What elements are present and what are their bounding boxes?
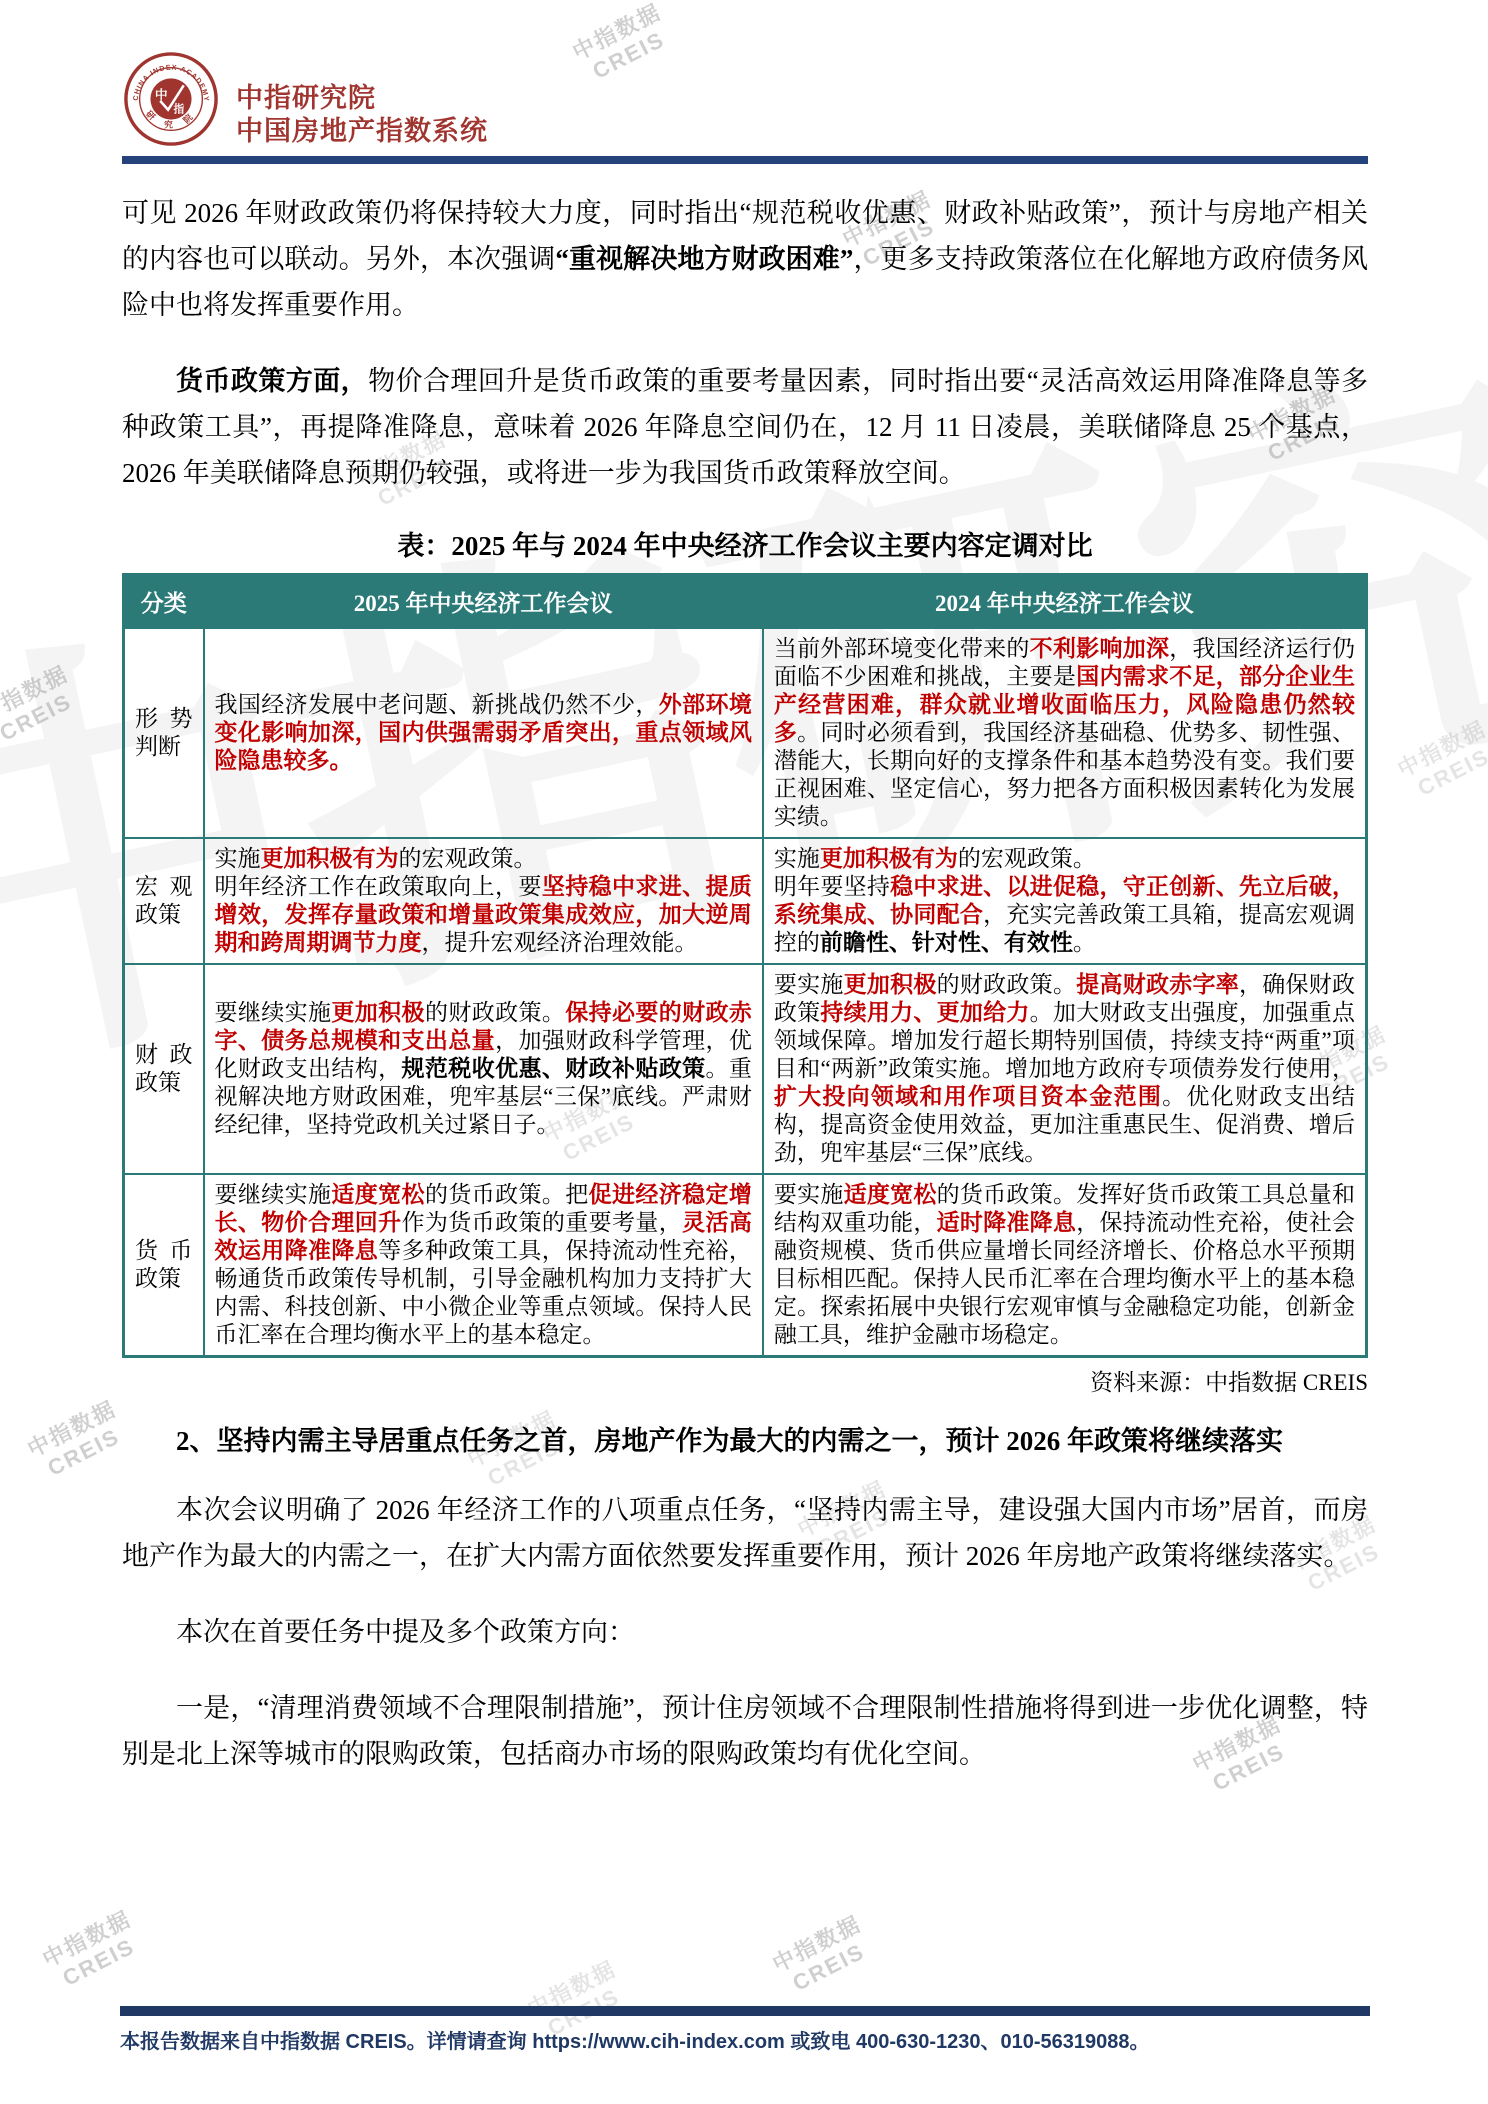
report-page: 中指研究院 中指数据 CREIS 中指数据 CREIS 中指数据 CREIS 中…: [0, 0, 1488, 2104]
system-name: 中国房地产指数系统: [236, 115, 488, 148]
org-name: 中指研究院: [236, 82, 488, 115]
header-cell-2024: 2024 年中央经济工作会议: [763, 575, 1367, 629]
cell-2024: 当前外部环境变化带来的不利影响加深，我国经济运行仍面临不少困难和挑战，主要是国内…: [763, 628, 1367, 838]
svg-text:中: 中: [155, 87, 168, 102]
cell-2025: 要继续实施适度宽松的货币政策。把促进经济稳定增长、物价合理回升作为货币政策的重要…: [204, 1174, 763, 1357]
footer-text: 本报告数据来自中指数据 CREIS。详情请查询 https://www.cih-…: [120, 2025, 1370, 2054]
section-2-paragraph-2: 本次在首要任务中提及多个政策方向：: [122, 1609, 1368, 1655]
header-titles: 中指研究院 中国房地产指数系统: [236, 82, 488, 148]
category-cell: 货币政策: [124, 1174, 204, 1357]
section-2-paragraph-3: 一是，“清理消费领域不合理限制措施”，预计住房领域不合理限制性措施将得到进一步优…: [122, 1685, 1368, 1777]
table-header-row: 分类 2025 年中央经济工作会议 2024 年中央经济工作会议: [124, 575, 1367, 629]
category-cell: 宏观政策: [124, 838, 204, 964]
header-rule: [122, 156, 1368, 164]
cell-2024: 要实施适度宽松的货币政策。发挥好货币政策工具总量和结构双重功能，适时降准降息，保…: [763, 1174, 1367, 1357]
section-2-paragraph-1: 本次会议明确了 2026 年经济工作的八项重点任务，“坚持内需主导，建设强大国内…: [122, 1487, 1368, 1579]
section-2-heading: 2、坚持内需主导居重点任务之首，房地产作为最大的内需之一，预计 2026 年政策…: [122, 1423, 1368, 1459]
table-row: 财政政策 要继续实施更加积极的财政政策。保持必要的财政赤字、债务总规模和支出总量…: [124, 964, 1367, 1174]
category-cell: 形势判断: [124, 628, 204, 838]
svg-text:指: 指: [172, 103, 184, 116]
cell-2024: 要实施更加积极的财政政策。提高财政赤字率，确保财政政策持续用力、更加给力。加大财…: [763, 964, 1367, 1174]
china-index-academy-logo: CHINA INDEX ACADEMY 研 究 院 中 指: [122, 50, 220, 148]
header-cell-category: 分类: [124, 575, 204, 629]
comparison-table: 分类 2025 年中央经济工作会议 2024 年中央经济工作会议 形势判断 我国…: [122, 573, 1368, 1358]
cell-2025: 要继续实施更加积极的财政政策。保持必要的财政赤字、债务总规模和支出总量，加强财政…: [204, 964, 763, 1174]
category-cell: 财政政策: [124, 964, 204, 1174]
cell-2025: 实施更加积极有为的宏观政策。 明年经济工作在政策取向上，要坚持稳中求进、提质增效…: [204, 838, 763, 964]
cell-2024: 实施更加积极有为的宏观政策。 明年要坚持稳中求进、以进促稳，守正创新、先立后破，…: [763, 838, 1367, 964]
page-footer: 本报告数据来自中指数据 CREIS。详情请查询 https://www.cih-…: [120, 2006, 1370, 2054]
footer-rule: [120, 2006, 1370, 2016]
source-note: 资料来源：中指数据 CREIS: [122, 1364, 1368, 1397]
intro-paragraph-1: 可见 2026 年财政政策仍将保持较大力度，同时指出“规范税收优惠、财政补贴政策…: [122, 190, 1368, 328]
table-row: 形势判断 我国经济发展中老问题、新挑战仍然不少，外部环境变化影响加深，国内供强需…: [124, 628, 1367, 838]
header-cell-2025: 2025 年中央经济工作会议: [204, 575, 763, 629]
table-row: 宏观政策 实施更加积极有为的宏观政策。 明年经济工作在政策取向上，要坚持稳中求进…: [124, 838, 1367, 964]
cell-2025: 我国经济发展中老问题、新挑战仍然不少，外部环境变化影响加深，国内供强需弱矛盾突出…: [204, 628, 763, 838]
watermark: 中指数据 CREIS: [38, 1906, 147, 1996]
intro-paragraph-2: 货币政策方面，物价合理回升是货币政策的重要考量因素，同时指出要“灵活高效运用降准…: [122, 358, 1368, 496]
table-title: 表：2025 年与 2024 年中央经济工作会议主要内容定调对比: [122, 524, 1368, 563]
watermark: 中指数据 CREIS: [768, 1911, 877, 2001]
page-header: CHINA INDEX ACADEMY 研 究 院 中 指 中指研究院 中国房地…: [122, 0, 1368, 148]
table-row: 货币政策 要继续实施适度宽松的货币政策。把促进经济稳定增长、物价合理回升作为货币…: [124, 1174, 1367, 1357]
